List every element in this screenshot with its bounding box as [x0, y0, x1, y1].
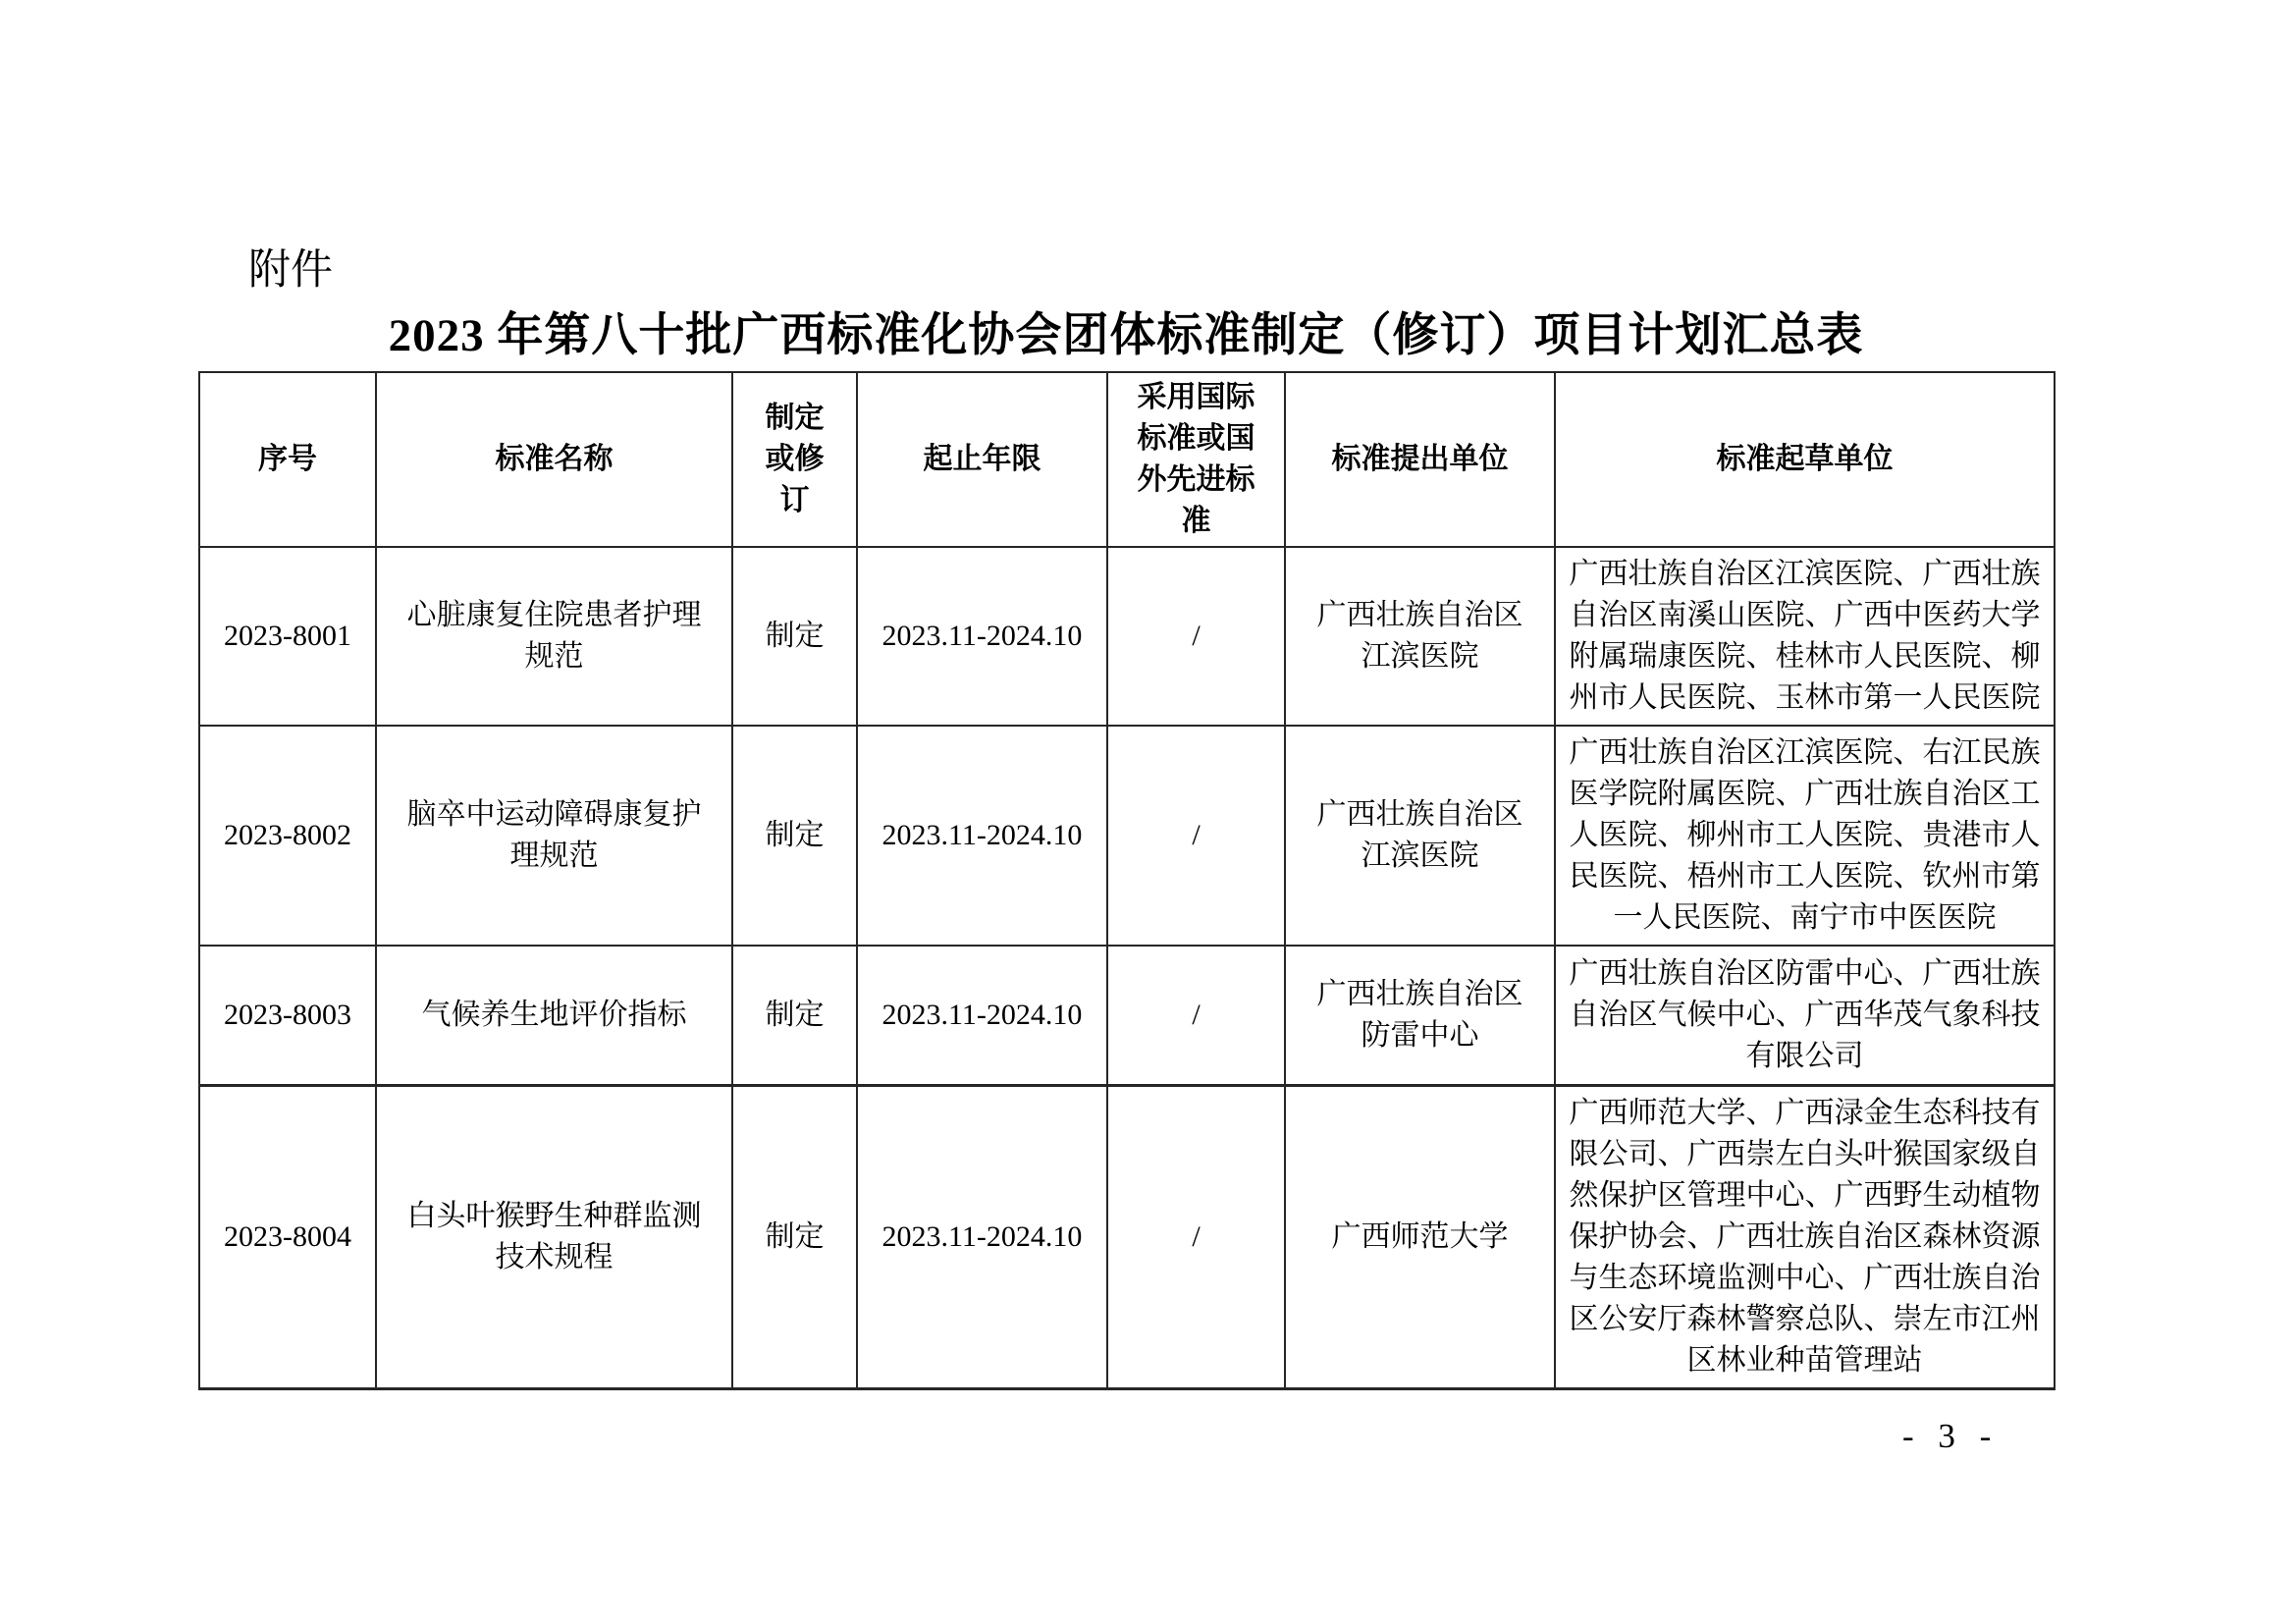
cell-serial: 2023-8001 — [199, 547, 376, 726]
cell-proposing-unit: 广西壮族自治区江滨医院 — [1285, 547, 1555, 726]
cell-standard-name: 气候养生地评价指标 — [376, 946, 732, 1085]
cell-type: 制定 — [732, 946, 857, 1085]
cell-period: 2023.11-2024.10 — [857, 726, 1107, 946]
header-drafting-unit: 标准起草单位 — [1555, 372, 2055, 547]
cell-drafting-unit: 广西师范大学、广西渌金生态科技有限公司、广西崇左白头叶猴国家级自然保护区管理中心… — [1555, 1085, 2055, 1388]
table-row: 2023-8002 脑卒中运动障碍康复护理规范 制定 2023.11-2024.… — [199, 726, 2055, 946]
page-title: 2023 年第八十批广西标准化协会团体标准制定（修订）项目计划汇总表 — [198, 308, 2054, 363]
standards-summary-table: 序号 标准名称 制定或修订 起止年限 采用国际标准或国外先进标准 标准提出单位 … — [198, 371, 2056, 1390]
cell-international: / — [1107, 547, 1285, 726]
cell-standard-name: 脑卒中运动障碍康复护理规范 — [376, 726, 732, 946]
cell-drafting-unit: 广西壮族自治区江滨医院、广西壮族自治区南溪山医院、广西中医药大学附属瑞康医院、桂… — [1555, 547, 2055, 726]
cell-standard-name: 白头叶猴野生种群监测技术规程 — [376, 1085, 732, 1388]
cell-serial: 2023-8004 — [199, 1085, 376, 1388]
cell-type: 制定 — [732, 726, 857, 946]
document-page: 附件 2023 年第八十批广西标准化协会团体标准制定（修订）项目计划汇总表 序号… — [0, 0, 2296, 1624]
header-serial: 序号 — [199, 372, 376, 547]
cell-drafting-unit: 广西壮族自治区江滨医院、右江民族医学院附属医院、广西壮族自治区工人医院、柳州市工… — [1555, 726, 2055, 946]
page-number: - 3 - — [1902, 1417, 1999, 1456]
header-period: 起止年限 — [857, 372, 1107, 547]
cell-serial: 2023-8002 — [199, 726, 376, 946]
cell-period: 2023.11-2024.10 — [857, 547, 1107, 726]
header-international-standard: 采用国际标准或国外先进标准 — [1107, 372, 1285, 547]
cell-standard-name: 心脏康复住院患者护理规范 — [376, 547, 732, 726]
cell-proposing-unit: 广西师范大学 — [1285, 1085, 1555, 1388]
cell-period: 2023.11-2024.10 — [857, 946, 1107, 1085]
cell-proposing-unit: 广西壮族自治区江滨医院 — [1285, 726, 1555, 946]
table-row: 2023-8003 气候养生地评价指标 制定 2023.11-2024.10 /… — [199, 946, 2055, 1085]
table-header-row: 序号 标准名称 制定或修订 起止年限 采用国际标准或国外先进标准 标准提出单位 … — [199, 372, 2055, 547]
cell-international: / — [1107, 946, 1285, 1085]
cell-international: / — [1107, 1085, 1285, 1388]
cell-proposing-unit: 广西壮族自治区防雷中心 — [1285, 946, 1555, 1085]
cell-international: / — [1107, 726, 1285, 946]
header-proposing-unit: 标准提出单位 — [1285, 372, 1555, 547]
cell-type: 制定 — [732, 547, 857, 726]
table-row: 2023-8004 白头叶猴野生种群监测技术规程 制定 2023.11-2024… — [199, 1085, 2055, 1388]
header-standard-name: 标准名称 — [376, 372, 732, 547]
cell-serial: 2023-8003 — [199, 946, 376, 1085]
table-row: 2023-8001 心脏康复住院患者护理规范 制定 2023.11-2024.1… — [199, 547, 2055, 726]
attachment-label: 附件 — [248, 245, 333, 297]
cell-drafting-unit: 广西壮族自治区防雷中心、广西壮族自治区气候中心、广西华茂气象科技有限公司 — [1555, 946, 2055, 1085]
cell-type: 制定 — [732, 1085, 857, 1388]
cell-period: 2023.11-2024.10 — [857, 1085, 1107, 1388]
header-formulate-or-revise: 制定或修订 — [732, 372, 857, 547]
